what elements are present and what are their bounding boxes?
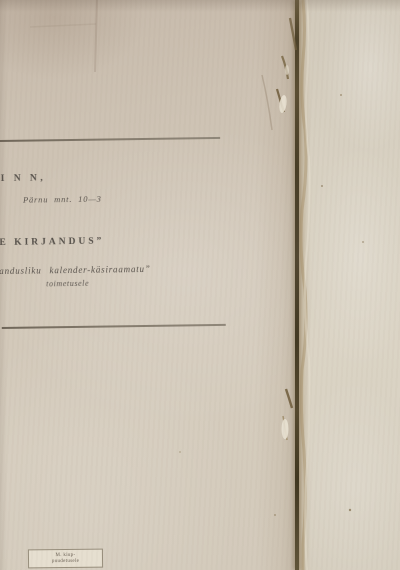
bookplate-label: M. kiup- puudetusele bbox=[28, 549, 103, 569]
top-edge-shadow bbox=[0, 0, 400, 12]
imprint-address-line: Pärnu mnt. 10—3 bbox=[23, 194, 102, 205]
printed-rule-bottom bbox=[2, 324, 226, 329]
book-page-photo: I N N, Pärnu mnt. 10—3 NE KIRJANDUS” jan… bbox=[0, 0, 400, 570]
left-edge-shadow bbox=[0, 0, 7, 570]
series-title-line: NE KIRJANDUS” bbox=[0, 237, 104, 249]
printed-rule-top bbox=[0, 137, 220, 142]
series-subtitle-line: jandusliku kalender-käsiraamatu” bbox=[0, 264, 151, 276]
series-subtitle-line2: toimetusele bbox=[46, 279, 89, 289]
imprint-city-line: I N N, bbox=[1, 173, 47, 184]
printed-text-layer: I N N, Pärnu mnt. 10—3 NE KIRJANDUS” jan… bbox=[0, 0, 400, 570]
bookplate-label-line2: puudetusele bbox=[52, 558, 79, 564]
